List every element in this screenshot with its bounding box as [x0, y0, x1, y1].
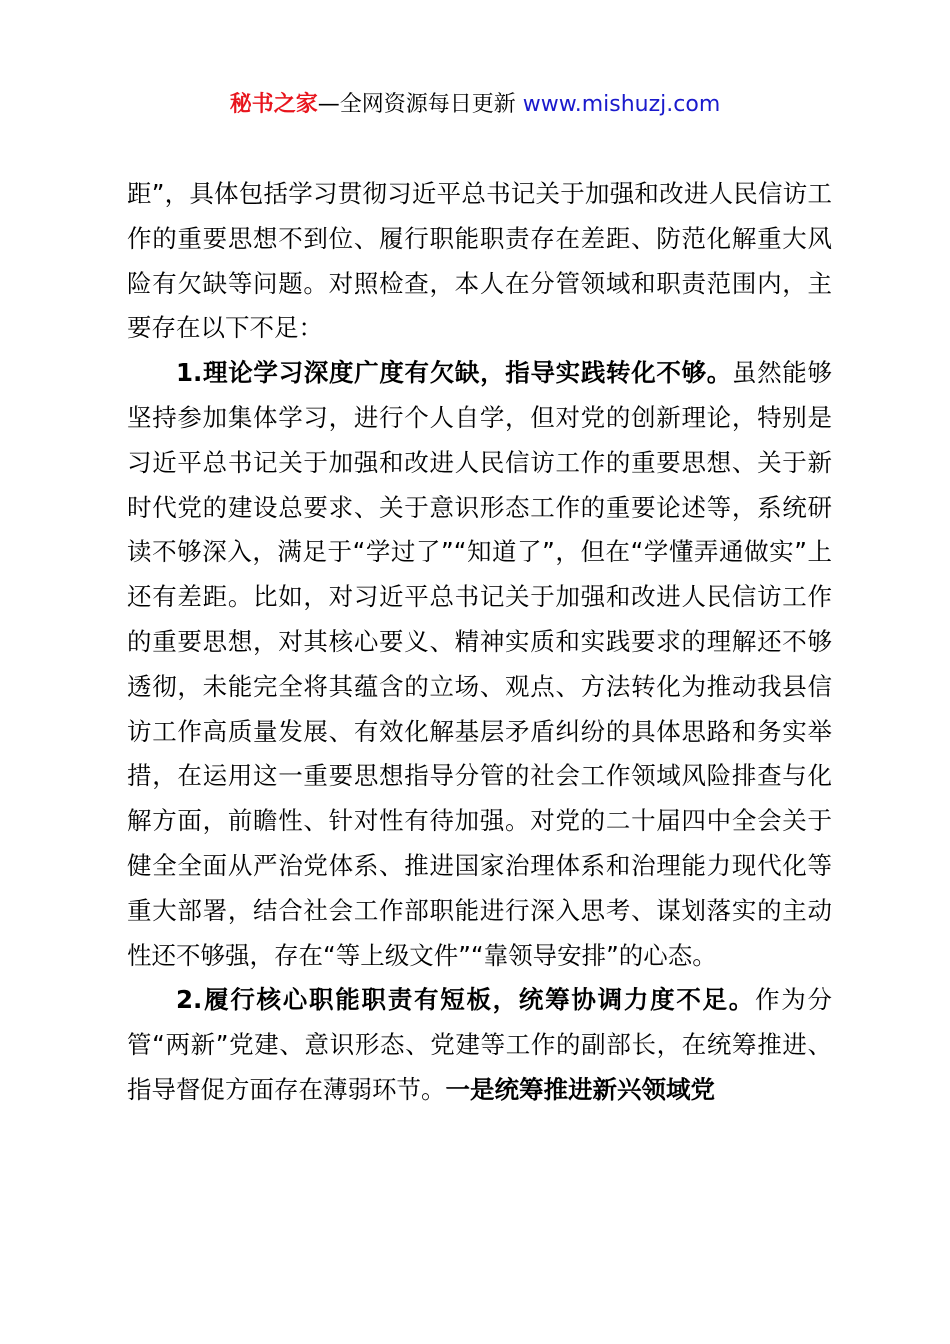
paragraph-point-2: 2.履行核心职能职责有短板，统筹协调力度不足。作为分管“两新”党建、意识形态、党…	[127, 978, 832, 1112]
site-slogan: —全网资源每日更新	[318, 92, 523, 117]
document-body: 距”，具体包括学习贯彻习近平总书记关于加强和改进人民信访工作的重要思想不到位、履…	[127, 172, 832, 1113]
point-2-subheading: 一是统筹推进新兴领域党	[446, 1075, 716, 1104]
paragraph-intro: 距”，具体包括学习贯彻习近平总书记关于加强和改进人民信访工作的重要思想不到位、履…	[127, 172, 832, 351]
point-1-heading: 1.理论学习深度广度有欠缺，指导实践转化不够。	[176, 358, 732, 387]
site-brand: 秘书之家	[230, 92, 318, 117]
point-1-text: 虽然能够坚持参加集体学习，进行个人自学，但对党的创新理论，特别是习近平总书记关于…	[127, 358, 832, 969]
site-url-link[interactable]: www.mishuzj.com	[523, 92, 720, 117]
point-2-heading: 2.履行核心职能职责有短板，统筹协调力度不足。	[176, 985, 755, 1014]
paragraph-point-1: 1.理论学习深度广度有欠缺，指导实践转化不够。虽然能够坚持参加集体学习，进行个人…	[127, 351, 832, 978]
site-header: 秘书之家—全网资源每日更新 www.mishuzj.com	[0, 88, 950, 122]
